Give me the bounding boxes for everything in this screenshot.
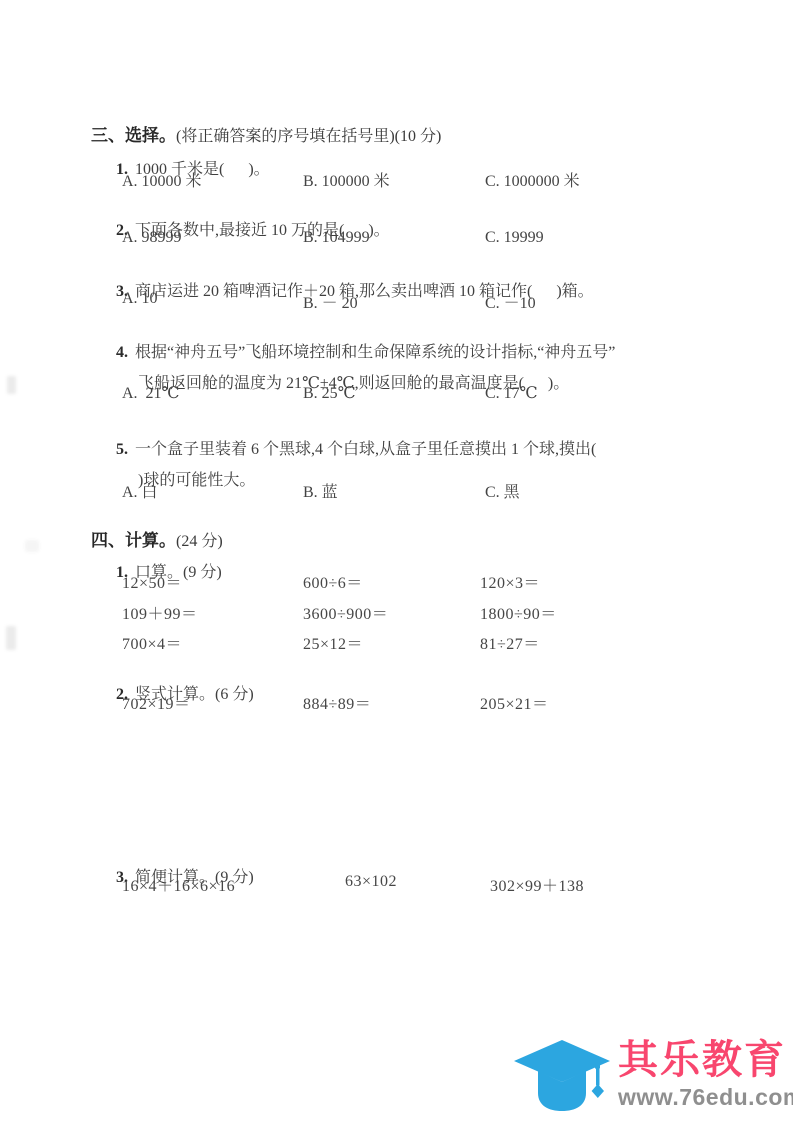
worksheet-page: 三、选择。(将正确答案的序号填在括号里)(10 分) 1.1000 千米是( )…	[0, 0, 793, 1122]
option-a: A. 10000 米	[122, 168, 202, 191]
option-a: A. 白	[122, 479, 158, 502]
option-a: A. 98999	[122, 229, 182, 247]
option-c: C. 17℃	[485, 383, 538, 403]
option-b: B. 25℃	[303, 383, 356, 403]
oral-expression: 700×4＝	[122, 631, 182, 654]
option-c: C. 1000000 米	[485, 168, 580, 191]
oral-expression: 12×50＝	[122, 570, 182, 593]
option-b: B. 蓝	[303, 479, 338, 502]
vertical-expression: 205×21＝	[480, 691, 549, 714]
option-c: C. 黑	[485, 479, 520, 502]
vertical-expression: 702×19＝	[122, 691, 191, 714]
option-a: A. 21℃	[122, 383, 179, 403]
oral-expression: 1800÷90＝	[480, 601, 557, 624]
oral-row-1: 12×50＝ 600÷6＝ 120×3＝	[0, 570, 793, 594]
simplify-expression: 63×102	[345, 873, 397, 891]
oral-row-3: 700×4＝ 25×12＝ 81÷27＝	[0, 631, 793, 655]
oral-expression: 109＋99＝	[122, 601, 198, 624]
vertical-expression: 884÷89＝	[303, 691, 371, 714]
oral-expression: 600÷6＝	[303, 570, 363, 593]
oral-expression: 25×12＝	[303, 631, 363, 654]
choice-question-3-options: A. 10 B. － 20 C. －10	[0, 290, 793, 314]
oral-expression: 81÷27＝	[480, 631, 540, 654]
oral-expression: 3600÷900＝	[303, 601, 388, 624]
simplify-expression: 16×4＋16×6×16	[122, 873, 235, 896]
brand-website: www.76edu.com	[618, 1084, 793, 1111]
choice-question-1-options: A. 10000 米 B. 100000 米 C. 1000000 米	[0, 168, 793, 192]
scan-artifact	[25, 540, 39, 552]
option-b: B. 100000 米	[303, 168, 390, 191]
vertical-row: 702×19＝ 884÷89＝ 205×21＝	[0, 691, 793, 715]
graduation-cap-icon	[512, 1038, 612, 1114]
brand-name: 其乐教育	[618, 1038, 786, 1082]
choice-question-4-options: A. 21℃ B. 25℃ C. 17℃	[0, 383, 793, 407]
simplify-expression: 302×99＋138	[490, 873, 584, 896]
option-a: A. 10	[122, 290, 158, 308]
option-c: C. －10	[485, 290, 536, 313]
oral-row-2: 109＋99＝ 3600÷900＝ 1800÷90＝	[0, 601, 793, 625]
simplify-row: 16×4＋16×6×16 63×102 302×99＋138	[0, 873, 793, 897]
option-b: B. 104999	[303, 229, 370, 247]
option-b: B. － 20	[303, 290, 358, 313]
choice-question-2-options: A. 98999 B. 104999 C. 19999	[0, 229, 793, 253]
oral-expression: 120×3＝	[480, 570, 540, 593]
choice-question-5-options: A. 白 B. 蓝 C. 黑	[0, 479, 793, 503]
option-c: C. 19999	[485, 229, 544, 247]
publisher-logo: 其乐教育 www.76edu.com	[512, 1036, 782, 1116]
